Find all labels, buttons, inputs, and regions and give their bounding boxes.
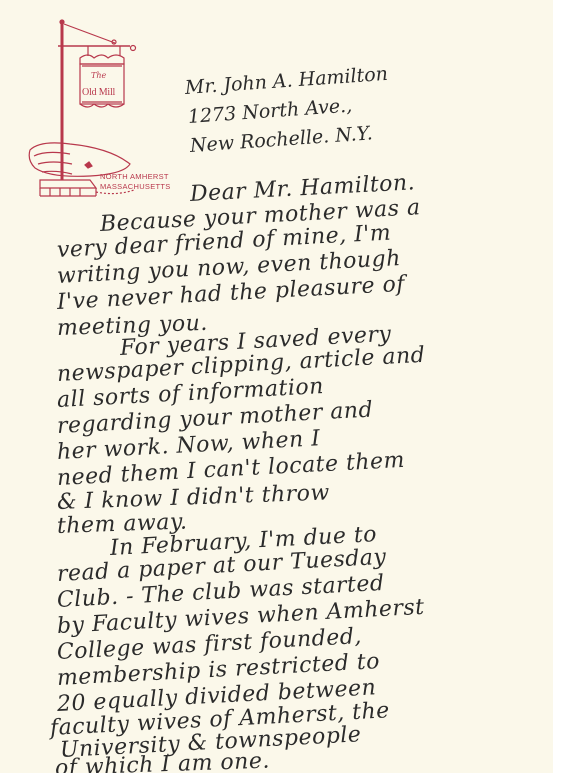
address-line-3: New Rochelle. N.Y.	[189, 122, 373, 157]
letterhead-location-town: NORTH AMHERST	[100, 172, 169, 181]
letterhead-location-state: MASSACHUSETTS	[100, 182, 171, 191]
sign-text-the: The	[91, 71, 106, 80]
address-line-1: Mr. John A. Hamilton	[184, 63, 388, 99]
sign-text-old-mill: Old Mill	[82, 87, 115, 98]
address-line-2: 1273 North Ave.,	[187, 95, 353, 128]
letter-paper: The Old Mill NORTH AMHERST MASSACHUSETTS…	[0, 0, 553, 773]
letterhead: The Old Mill NORTH AMHERST MASSACHUSETTS	[0, 0, 155, 215]
